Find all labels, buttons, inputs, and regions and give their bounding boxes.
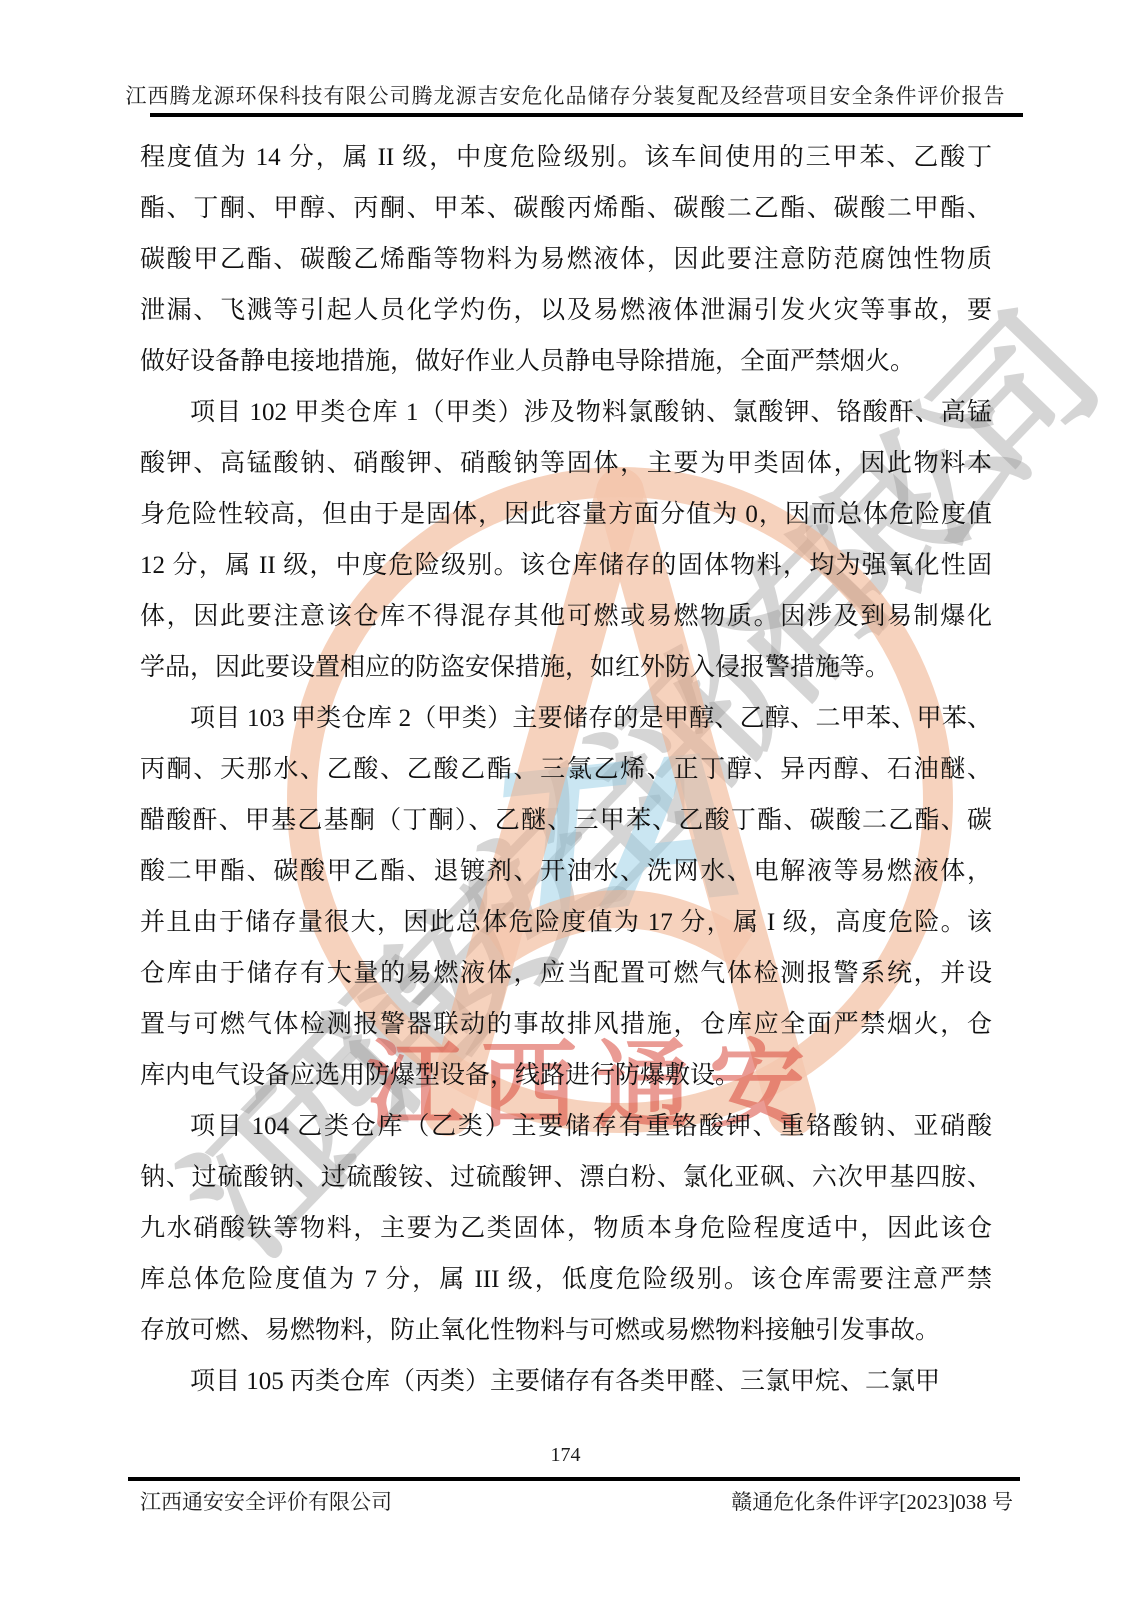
body-line: 钠、过硫酸钠、过硫酸铵、过硫酸钾、漂白粉、氯化亚砜、六次甲基四胺、 xyxy=(140,1152,992,1203)
body-line: 仓库由于储存有大量的易燃液体，应当配置可燃气体检测报警系统，并设 xyxy=(140,948,992,999)
page-content: 江西腾龙源环保科技有限公司腾龙源吉安危化品储存分装复配及经营项目安全条件评价报告… xyxy=(0,0,1131,1600)
body-line: 泄漏、飞溅等引起人员化学灼伤，以及易燃液体泄漏引发火灾等事故，要 xyxy=(140,285,992,336)
body-line: 做好设备静电接地措施，做好作业人员静电导除措施，全面严禁烟火。 xyxy=(140,336,992,387)
body-line: 项目 102 甲类仓库 1（甲类）涉及物料氯酸钠、氯酸钾、铬酸酐、高锰 xyxy=(140,387,992,438)
body-line: 12 分，属 II 级，中度危险级别。该仓库储存的固体物料，均为强氧化性固 xyxy=(140,540,992,591)
body-line: 九水硝酸铁等物料，主要为乙类固体，物质本身危险程度适中，因此该仓 xyxy=(140,1203,992,1254)
body-line: 学品，因此要设置相应的防盗安保措施，如红外防入侵报警措施等。 xyxy=(140,642,992,693)
body-line: 项目 105 丙类仓库（丙类）主要储存有各类甲醛、三氯甲烷、二氯甲 xyxy=(140,1356,992,1407)
body-line: 酯、丁酮、甲醇、丙酮、甲苯、碳酸丙烯酯、碳酸二乙酯、碳酸二甲酯、 xyxy=(140,183,992,234)
body-line: 醋酸酐、甲基乙基酮（丁酮）、乙醚、三甲苯、乙酸丁酯、碳酸二乙酯、碳 xyxy=(140,795,992,846)
body-line: 库总体危险度值为 7 分，属 III 级，低度危险级别。该仓库需要注意严禁 xyxy=(140,1254,992,1305)
body-line: 存放可燃、易燃物料，防止氧化性物料与可燃或易燃物料接触引发事故。 xyxy=(140,1305,992,1356)
body-line: 酸钾、高锰酸钠、硝酸钾、硝酸钠等固体，主要为甲类固体，因此物料本 xyxy=(140,438,992,489)
body-line: 酸二甲酯、碳酸甲乙酯、退镀剂、开油水、洗网水、电解液等易燃液体， xyxy=(140,846,992,897)
footer-company-name: 江西通安安全评价有限公司 xyxy=(140,1486,392,1516)
footer-document-number: 赣通危化条件评字[2023]038 号 xyxy=(731,1486,1013,1516)
body-line: 项目 103 甲类仓库 2（甲类）主要储存的是甲醇、乙醇、二甲苯、甲苯、 xyxy=(140,693,992,744)
page-number: 174 xyxy=(0,1444,1131,1467)
body-line: 体，因此要注意该仓库不得混存其他可燃或易燃物质。因涉及到易制爆化 xyxy=(140,591,992,642)
body-line: 身危险性较高，但由于是固体，因此容量方面分值为 0，因而总体危险度值 xyxy=(140,489,992,540)
header-rule xyxy=(150,113,1023,117)
body-text: 程度值为 14 分，属 II 级，中度危险级别。该车间使用的三甲苯、乙酸丁 酯、… xyxy=(140,132,992,1407)
body-line: 置与可燃气体检测报警器联动的事故排风措施，仓库应全面严禁烟火，仓 xyxy=(140,999,992,1050)
body-line: 碳酸甲乙酯、碳酸乙烯酯等物料为易燃液体，因此要注意防范腐蚀性物质 xyxy=(140,234,992,285)
header-title: 江西腾龙源环保科技有限公司腾龙源吉安危化品储存分装复配及经营项目安全条件评价报告 xyxy=(0,80,1131,110)
body-line: 库内电气设备应选用防爆型设备，线路进行防爆敷设。 xyxy=(140,1050,992,1101)
document-page: 江西通安安全评价有限公司 TA 江西通安 江西腾龙源环保科技有限公司腾龙源吉安危… xyxy=(0,0,1131,1600)
footer-rule xyxy=(128,1477,1020,1481)
body-line: 并且由于储存量很大，因此总体危险度值为 17 分，属 I 级，高度危险。该 xyxy=(140,897,992,948)
body-line: 项目 104 乙类仓库（乙类）主要储存有重铬酸钾、重铬酸钠、亚硝酸 xyxy=(140,1101,992,1152)
body-line: 丙酮、天那水、乙酸、乙酸乙酯、三氯乙烯、正丁醇、异丙醇、石油醚、 xyxy=(140,744,992,795)
body-line: 程度值为 14 分，属 II 级，中度危险级别。该车间使用的三甲苯、乙酸丁 xyxy=(140,132,992,183)
